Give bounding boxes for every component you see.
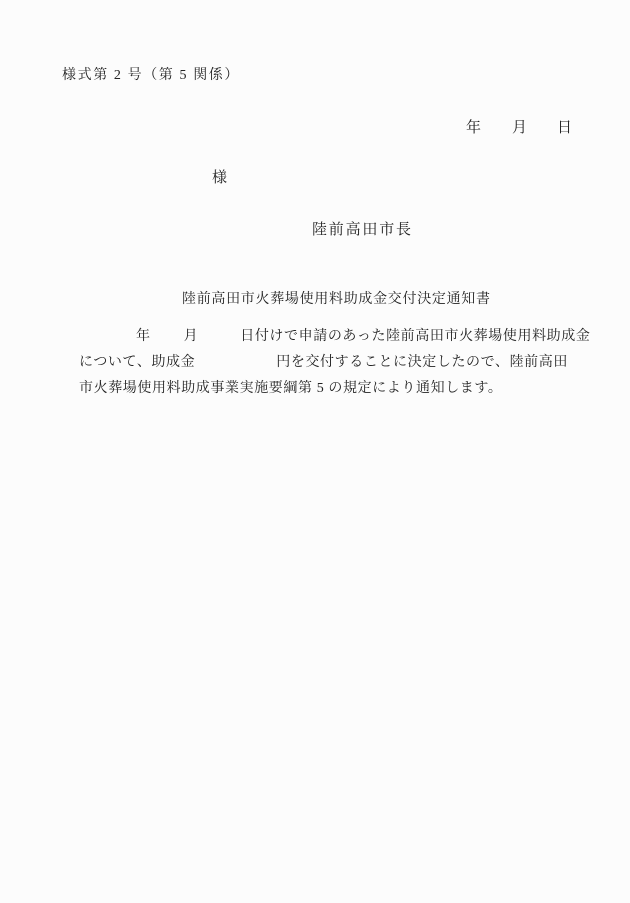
sender-title: 陸前高田市長 (312, 222, 413, 238)
body-line-1: 年月日付けで申請のあった陸前高田市火葬場使用料助成金 (79, 328, 590, 345)
body-line-3: 市火葬場使用料助成事業実施要綱第 5 の規定により通知します。 (79, 380, 502, 397)
application-month-label: 月 (184, 329, 199, 344)
issue-date-year-label: 年 (466, 120, 481, 136)
issue-date-month-label: 月 (512, 120, 527, 136)
document-title: 陸前高田市火葬場使用料助成金交付決定通知書 (182, 288, 491, 308)
issue-date-line: 年月日 (466, 116, 572, 137)
body-line-2-text-before-amount: について、助成金 (79, 355, 195, 370)
body-line-2: について、助成金円を交付することに決定したので、陸前高田 (79, 354, 568, 371)
addressee-honorific: 様 (212, 170, 227, 186)
document-page: 様式第 2 号（第 5 関係） 年月日 様 陸前高田市長 陸前高田市火葬場使用料… (0, 0, 630, 903)
application-year-label: 年 (136, 329, 151, 344)
issue-date-day-label: 日 (557, 120, 572, 136)
sender-line: 陸前高田市長 (312, 218, 413, 239)
form-number: 様式第 2 号（第 5 関係） (62, 64, 240, 84)
body-line-1-text: 日付けで申請のあった陸前高田市火葬場使用料助成金 (240, 329, 590, 344)
body-line-2-text-after-amount: 円を交付することに決定したので、陸前高田 (276, 355, 568, 370)
addressee-line: 様 (212, 166, 227, 187)
